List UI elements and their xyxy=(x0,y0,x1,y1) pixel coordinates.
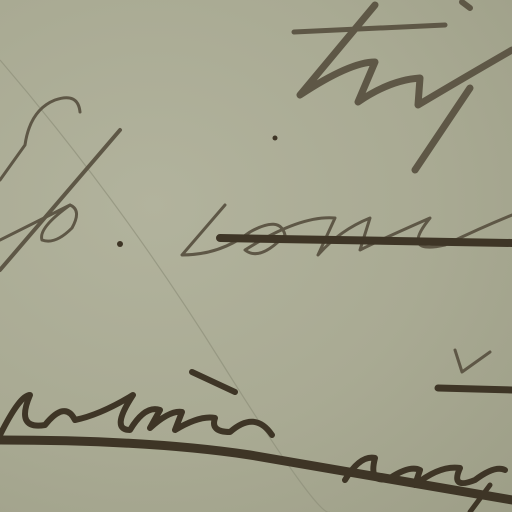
word-top-right xyxy=(294,2,512,170)
mark-right-middle xyxy=(438,350,512,390)
manuscript-photo: Close-up photograph of aged paper with c… xyxy=(0,0,512,512)
handwriting-strokes xyxy=(0,0,512,512)
word-left-initials xyxy=(0,98,123,270)
word-bottom-left xyxy=(0,372,512,500)
word-middle-struck xyxy=(182,205,512,255)
